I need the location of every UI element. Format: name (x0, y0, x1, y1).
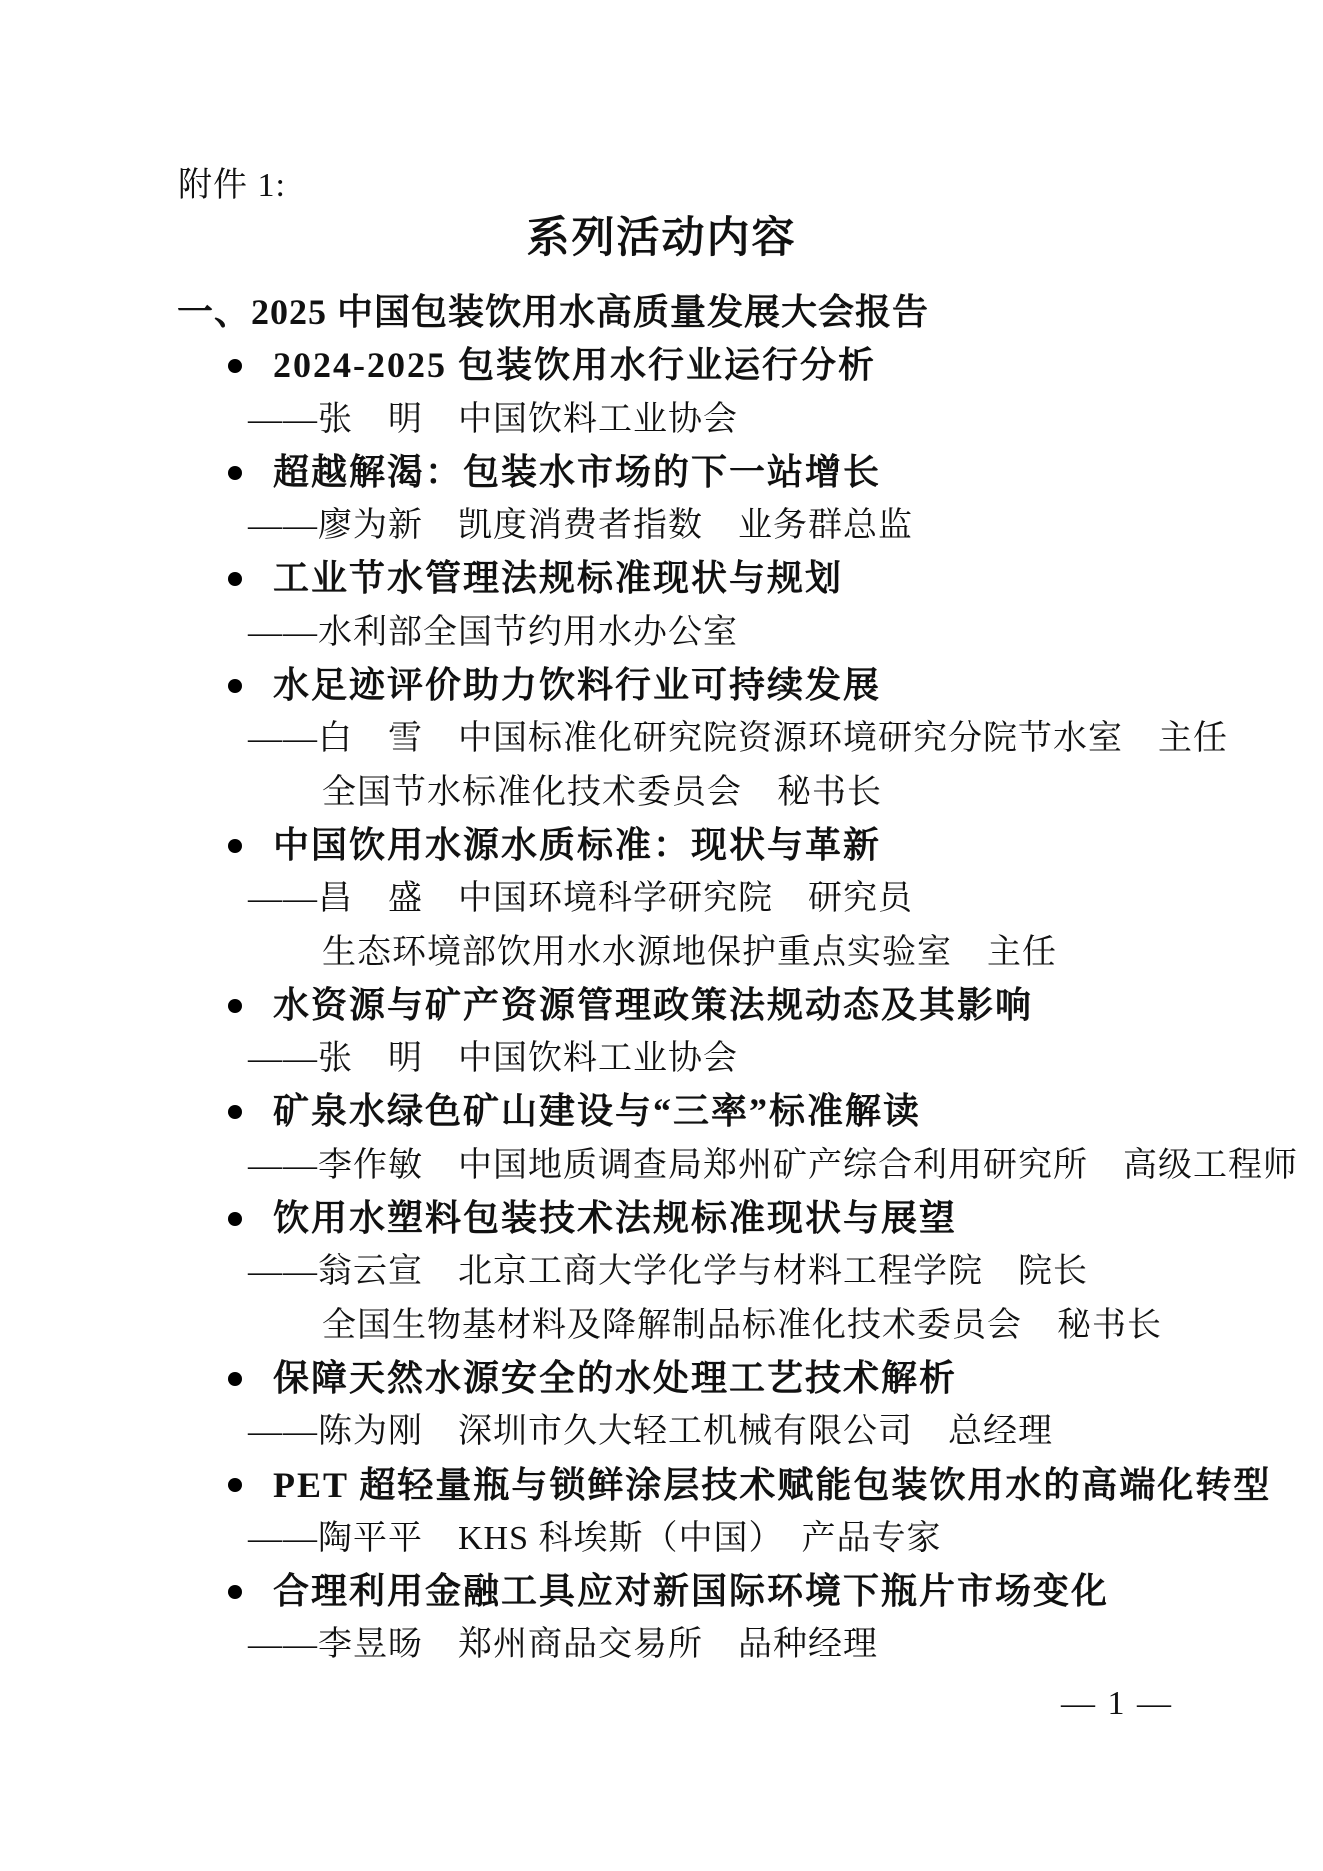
agenda-item-title-text: 2024-2025 包装饮用水行业运行分析 (273, 345, 876, 385)
agenda-item-title: 超越解渴：包装水市场的下一站增长 (0, 446, 1323, 499)
agenda-item-title: 水足迹评价助力饮料行业可持续发展 (0, 659, 1323, 712)
agenda-item-title: 饮用水塑料包装技术法规标准现状与展望 (0, 1192, 1323, 1245)
bullet-icon (228, 572, 242, 586)
agenda-item-title: 保障天然水源安全的水处理工艺技术解析 (0, 1352, 1323, 1405)
agenda-item-title-text: PET 超轻量瓶与锁鲜涂层技术赋能包装饮用水的高端化转型 (273, 1465, 1271, 1505)
agenda-item-speaker-continuation: 全国生物基材料及降解制品标准化技术委员会 秘书长 (0, 1299, 1323, 1352)
bullet-icon (228, 1105, 242, 1119)
agenda-item-speaker: ——翁云宣 北京工商大学化学与材料工程学院 院长 (0, 1245, 1323, 1298)
agenda-item-title-text: 中国饮用水源水质标准：现状与革新 (273, 825, 881, 865)
bullet-icon (228, 466, 242, 480)
page-number: — 1 — (1061, 1682, 1173, 1726)
agenda-item-title-text: 水资源与矿产资源管理政策法规动态及其影响 (273, 985, 1033, 1025)
agenda-item-title: PET 超轻量瓶与锁鲜涂层技术赋能包装饮用水的高端化转型 (0, 1459, 1323, 1512)
agenda-item-speaker: ——白 雪 中国标准化研究院资源环境研究分院节水室 主任 (0, 712, 1323, 765)
agenda-item-title-text: 超越解渴：包装水市场的下一站增长 (273, 452, 881, 492)
agenda-item-speaker-continuation: 全国节水标准化技术委员会 秘书长 (0, 766, 1323, 819)
agenda-item-speaker: ——张 明 中国饮料工业协会 (0, 1032, 1323, 1085)
agenda-item-title-text: 矿泉水绿色矿山建设与“三率”标准解读 (273, 1091, 921, 1131)
agenda-item-speaker: ——昌 盛 中国环境科学研究院 研究员 (0, 872, 1323, 925)
bullet-icon (228, 1372, 242, 1386)
agenda-item-title: 中国饮用水源水质标准：现状与革新 (0, 819, 1323, 872)
agenda-item-title: 合理利用金融工具应对新国际环境下瓶片市场变化 (0, 1565, 1323, 1618)
bullet-icon (228, 1212, 242, 1226)
agenda-list: 一、2025 中国包装饮用水高质量发展大会报告 2024-2025 包装饮用水行… (0, 286, 1323, 1672)
agenda-item-title: 工业节水管理法规标准现状与规划 (0, 552, 1323, 605)
bullet-icon (228, 359, 242, 373)
section-heading: 一、2025 中国包装饮用水高质量发展大会报告 (0, 286, 1323, 339)
bullet-icon (228, 1585, 242, 1599)
bullet-icon (228, 999, 242, 1013)
agenda-item-title-text: 水足迹评价助力饮料行业可持续发展 (273, 665, 881, 705)
agenda-item-speaker: ——廖为新 凯度消费者指数 业务群总监 (0, 499, 1323, 552)
agenda-item-speaker: ——李作敏 中国地质调查局郑州矿产综合利用研究所 高级工程师 (0, 1139, 1323, 1192)
attachment-label: 附件 1: (178, 164, 286, 208)
agenda-item-title: 2024-2025 包装饮用水行业运行分析 (0, 339, 1323, 392)
bullet-icon (228, 679, 242, 693)
bullet-icon (228, 839, 242, 853)
page-title: 系列活动内容 (0, 211, 1323, 267)
agenda-item-title-text: 保障天然水源安全的水处理工艺技术解析 (273, 1358, 957, 1398)
agenda-item-speaker: ——张 明 中国饮料工业协会 (0, 393, 1323, 446)
agenda-item-speaker: ——李昱旸 郑州商品交易所 品种经理 (0, 1618, 1323, 1671)
agenda-item-speaker: ——水利部全国节约用水办公室 (0, 606, 1323, 659)
agenda-item-title-text: 工业节水管理法规标准现状与规划 (273, 558, 843, 598)
agenda-item-title: 矿泉水绿色矿山建设与“三率”标准解读 (0, 1085, 1323, 1138)
agenda-item-title-text: 饮用水塑料包装技术法规标准现状与展望 (273, 1198, 957, 1238)
agenda-item-speaker: ——陶平平 KHS 科埃斯（中国） 产品专家 (0, 1512, 1323, 1565)
agenda-item-title-text: 合理利用金融工具应对新国际环境下瓶片市场变化 (273, 1571, 1109, 1611)
bullet-icon (228, 1478, 242, 1492)
agenda-item-speaker: ——陈为刚 深圳市久大轻工机械有限公司 总经理 (0, 1405, 1323, 1458)
document-page: 附件 1: 系列活动内容 一、2025 中国包装饮用水高质量发展大会报告 202… (0, 0, 1323, 1871)
agenda-item-title: 水资源与矿产资源管理政策法规动态及其影响 (0, 979, 1323, 1032)
agenda-item-speaker-continuation: 生态环境部饮用水水源地保护重点实验室 主任 (0, 926, 1323, 979)
